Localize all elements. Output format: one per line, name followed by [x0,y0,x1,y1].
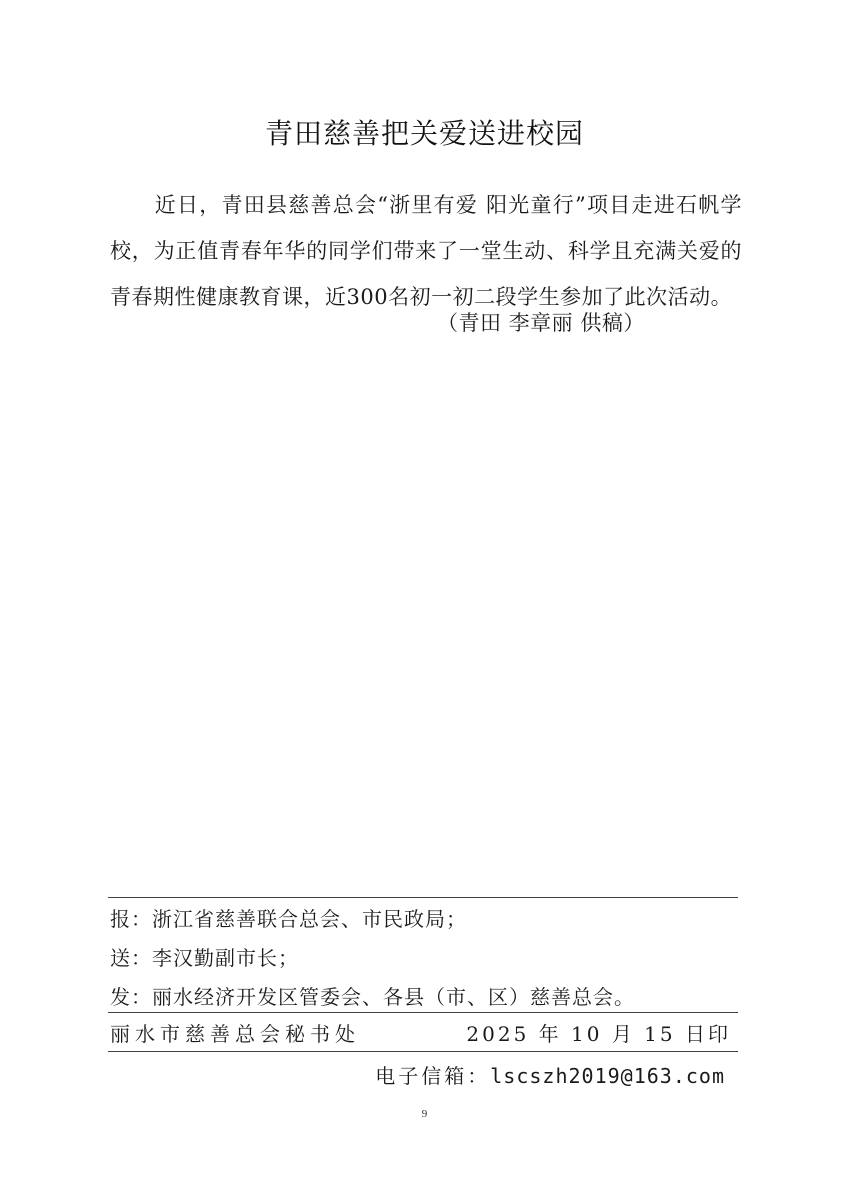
divider-top [108,897,738,898]
issuer-name: 丽水市慈善总会秘书处 [110,1018,360,1047]
divider-middle [108,1012,738,1013]
email-label: 电子信箱： [375,1064,490,1088]
print-date: 2025 年 10 月 15 日印 [466,1018,731,1047]
send-to-line: 送：李汉勤副市长； [110,942,299,971]
article-credit: （青田 李章丽 供稿） [437,307,645,337]
article-title: 青田慈善把关爱送进校园 [0,112,849,152]
article-body-text: 近日，青田县慈善总会“浙里有爱 阳光童行”项目走进石帆学校，为正值青春年华的同学… [110,193,742,309]
issue-to-line: 发：丽水经济开发区管委会、各县（市、区）慈善总会。 [110,981,635,1010]
page-number: 9 [0,1108,849,1120]
email-line: 电子信箱：lscszh2019@163.com [375,1060,725,1089]
article-body: 近日，青田县慈善总会“浙里有爱 阳光童行”项目走进石帆学校，为正值青春年华的同学… [110,182,742,320]
report-to-line: 报：浙江省慈善联合总会、市民政局； [110,903,467,932]
divider-bottom [108,1051,738,1052]
email-address: lscszh2019@163.com [490,1064,725,1088]
